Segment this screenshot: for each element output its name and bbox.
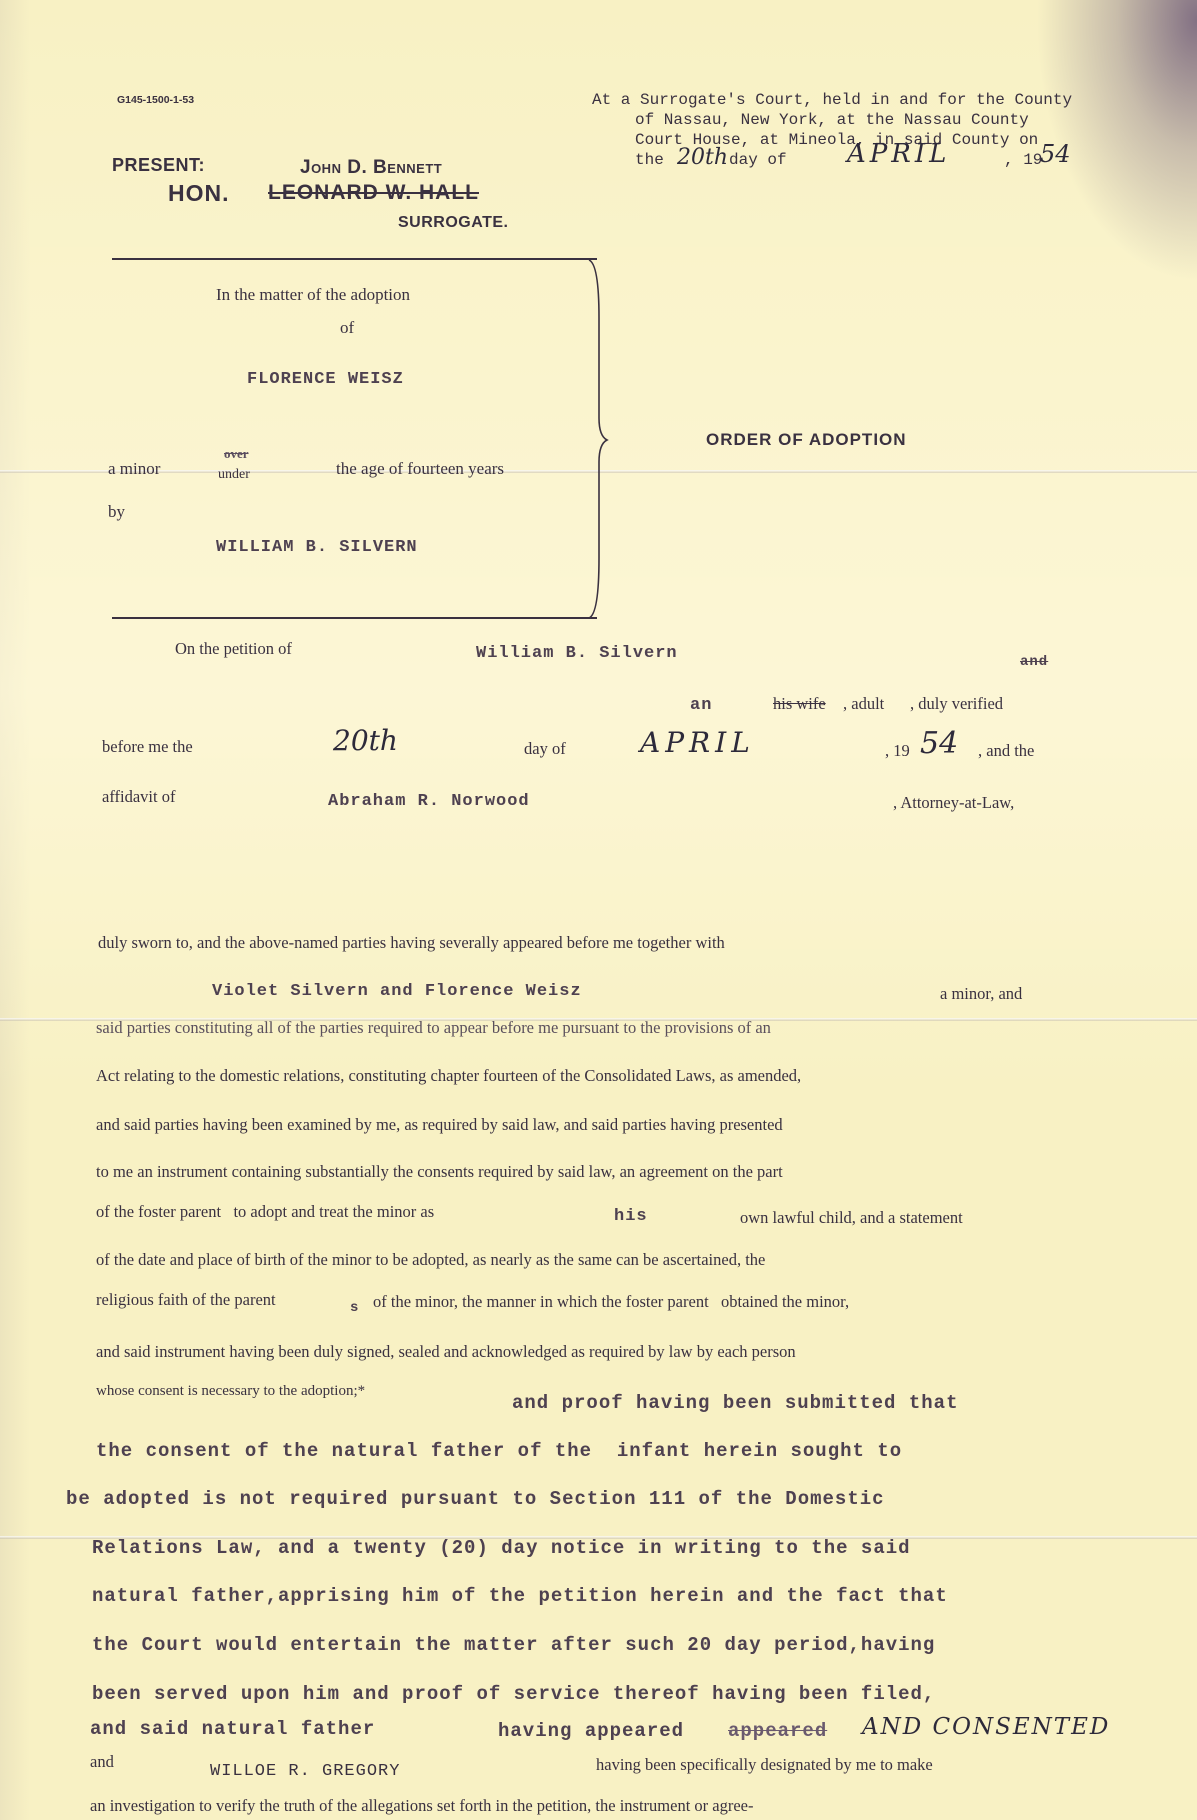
under-label: under xyxy=(218,467,250,483)
typed-clause: been served upon him and proof of servic… xyxy=(92,1683,935,1705)
body-line: of the foster parent to adopt and treat … xyxy=(96,1202,434,1222)
parent-s-typed: s xyxy=(350,1300,359,1316)
document-title: ORDER OF ADOPTION xyxy=(706,430,907,450)
before-me-label: before me the xyxy=(102,737,193,757)
body-line: of the date and place of birth of the mi… xyxy=(96,1250,765,1270)
investigator-name: WILLOE R. GREGORY xyxy=(210,1762,400,1781)
and-label: and xyxy=(90,1752,114,1772)
struck-and: and xyxy=(1020,654,1048,670)
designated-label: having been specifically designated by m… xyxy=(596,1755,933,1775)
handwritten-month: APRIL xyxy=(847,144,950,164)
present-label: PRESENT: xyxy=(112,155,205,176)
body-line: duly sworn to, and the above-named parti… xyxy=(98,933,725,953)
handwritten-day: 20th xyxy=(333,724,398,757)
form-code: G145-1500-1-53 xyxy=(117,94,194,106)
caption-top-rule xyxy=(112,258,597,260)
body-line: whose consent is necessary to the adopti… xyxy=(96,1383,365,1400)
typed-clause: the consent of the natural father of the… xyxy=(96,1440,902,1462)
handwritten-month: APRIL xyxy=(640,726,755,759)
struck-his-wife: his wife xyxy=(773,694,826,714)
his-typed: his xyxy=(614,1207,648,1226)
body-line: said parties constituting all of the par… xyxy=(96,1018,771,1038)
typed-clause: having appeared xyxy=(498,1720,684,1742)
caption-bottom-rule xyxy=(112,617,597,619)
typed-clause: Relations Law, and a twenty (20) day not… xyxy=(92,1537,911,1559)
court-line: At a Surrogate's Court, held in and for … xyxy=(592,90,1072,110)
petitioner-name: WILLIAM B. SILVERN xyxy=(216,538,418,557)
the-label: the xyxy=(635,151,664,169)
body-line: Act relating to the domestic relations, … xyxy=(96,1066,801,1086)
struck-judge-name: LEONARD W. HALL xyxy=(268,181,479,205)
typed-clause: natural father,apprising him of the peti… xyxy=(92,1585,948,1607)
caption-brace xyxy=(585,258,609,620)
body-line: of the minor, the manner in which the fo… xyxy=(373,1292,849,1312)
struck-appeared: appeared xyxy=(728,1720,827,1742)
an-label: an xyxy=(690,696,712,715)
handwritten-consented: AND CONSENTED xyxy=(862,1714,1110,1740)
court-line: Court House, at Mineola, in said County … xyxy=(592,130,1072,150)
day-of-label: day of xyxy=(524,739,566,759)
parties-typed: Violet Silvern and Florence Weisz xyxy=(212,982,582,1001)
body-line: and said instrument having been duly sig… xyxy=(96,1342,796,1362)
judge-name: John D. Bennett xyxy=(300,157,442,179)
surrogate-label: SURROGATE. xyxy=(398,214,508,232)
typed-clause: be adopted is not required pursuant to S… xyxy=(66,1488,885,1510)
typed-clause: and said natural father xyxy=(90,1718,375,1740)
a-minor-and: a minor, and xyxy=(940,984,1022,1004)
petition-petitioner: William B. Silvern xyxy=(476,644,678,663)
handwritten-year: 54 xyxy=(920,726,958,761)
body-line: religious faith of the parent xyxy=(96,1290,276,1310)
of-label: of xyxy=(340,318,354,338)
struck-over: over xyxy=(224,446,249,462)
court-date-line: the 20th day of APRIL , 19 54 xyxy=(592,150,1072,172)
by-label: by xyxy=(108,502,125,522)
affidavit-label: affidavit of xyxy=(102,787,175,807)
attorney-title: , Attorney-at-Law, xyxy=(893,793,1014,813)
hon-label: HON. xyxy=(168,180,230,207)
matter-line: In the matter of the adoption xyxy=(216,285,410,305)
handwritten-year: 54 xyxy=(1040,144,1071,164)
year-prefix: , 19 xyxy=(1004,150,1042,170)
body-line: to me an instrument containing substanti… xyxy=(96,1162,783,1182)
body-line: an investigation to verify the truth of … xyxy=(90,1796,754,1816)
typed-clause: and proof having been submitted that xyxy=(512,1392,958,1414)
body-line: and said parties having been examined by… xyxy=(96,1115,783,1135)
court-statement: At a Surrogate's Court, held in and for … xyxy=(592,90,1072,172)
typed-clause: the Court would entertain the matter aft… xyxy=(92,1634,935,1656)
minor-name: FLORENCE WEISZ xyxy=(247,370,404,389)
year-prefix: , 19 xyxy=(885,741,910,761)
and-the: , and the xyxy=(978,741,1034,761)
adult-label: , adult xyxy=(843,694,884,714)
court-line: of Nassau, New York, at the Nassau Count… xyxy=(592,110,1072,130)
attorney-name: Abraham R. Norwood xyxy=(328,792,530,811)
body-line: own lawful child, and a statement xyxy=(740,1208,963,1228)
day-of-label: day of xyxy=(729,150,787,170)
a-minor-label: a minor xyxy=(108,459,160,479)
duly-verified: , duly verified xyxy=(910,694,1003,714)
age-label: the age of fourteen years xyxy=(336,459,504,479)
handwritten-day: 20th xyxy=(677,148,728,168)
on-petition-label: On the petition of xyxy=(175,639,292,659)
